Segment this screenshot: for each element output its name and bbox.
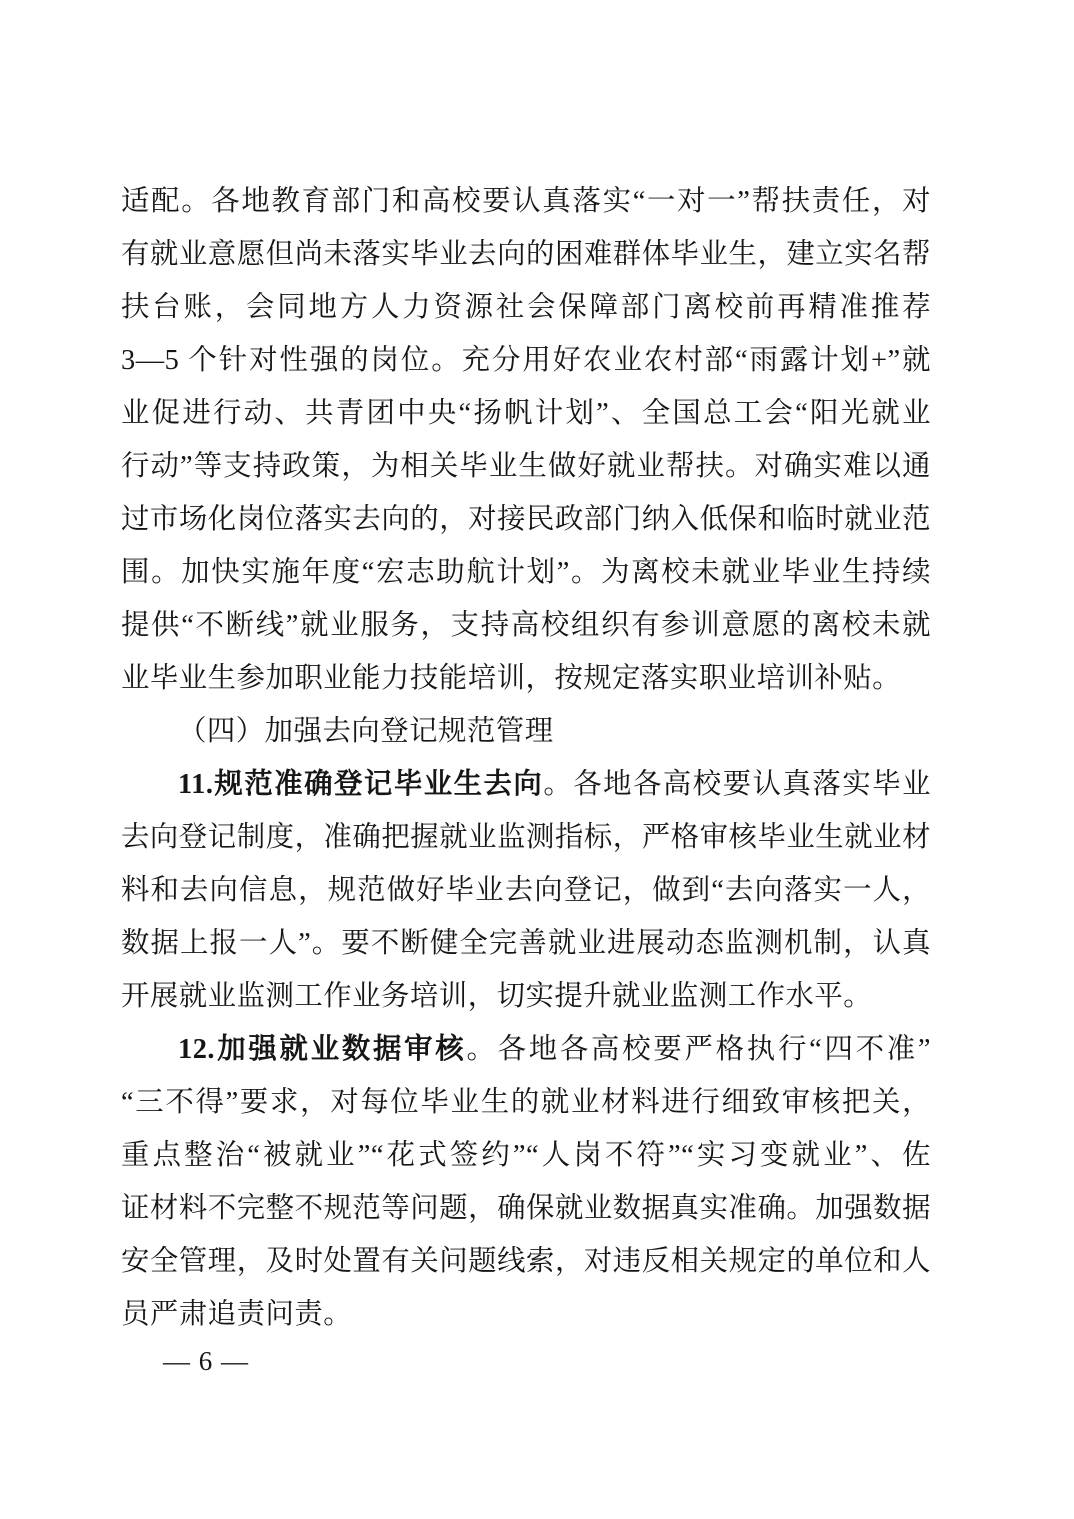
item-12-text: 员严肃追责问责。 — [121, 1299, 352, 1330]
section-heading-4-line-1: （四）加强去向登记规范管理 — [121, 705, 931, 758]
item-12-line-6: 员严肃追责问责。 — [121, 1288, 931, 1341]
para-continued-employment-assistance-text: 业促进行动、共青团中央“扬帆计划”、全国总工会“阳光就业 — [121, 398, 931, 429]
para-continued-employment-assistance-line-7: 过市场化岗位落实去向的，对接民政部门纳入低保和临时就业范 — [121, 493, 931, 546]
para-continued-employment-assistance-line-8: 围。加快实施年度“宏志助航计划”。为离校未就业毕业生持续 — [121, 546, 931, 599]
item-11-line-4: 数据上报一人”。要不断健全完善就业进展动态监测机制，认真 — [121, 917, 931, 970]
item-12-line-1: 12.加强就业数据审核。各地各高校要严格执行“四不准” — [121, 1023, 931, 1076]
para-continued-employment-assistance-line-9: 提供“不断线”就业服务，支持高校组织有参训意愿的离校未就 — [121, 599, 931, 652]
item-12-line-4: 证材料不完整不规范等问题，确保就业数据真实准确。加强数据 — [121, 1182, 931, 1235]
para-continued-employment-assistance-text: 3—5 个针对性强的岗位。充分用好农业农村部“雨露计划+”就 — [121, 345, 931, 376]
item-12-text: 安全管理，及时处置有关问题线索，对违反相关规定的单位和人 — [121, 1246, 931, 1277]
document-body: 适配。各地教育部门和高校要认真落实“一对一”帮扶责任，对有就业意愿但尚未落实毕业… — [121, 175, 931, 1341]
item-11-text: 数据上报一人”。要不断健全完善就业进展动态监测机制，认真 — [121, 928, 931, 959]
para-continued-employment-assistance-text: 业毕业生参加职业能力技能培训，按规定落实职业培训补贴。 — [121, 663, 901, 694]
para-continued-employment-assistance-text: 有就业意愿但尚未落实毕业去向的困难群体毕业生，建立实名帮 — [121, 239, 931, 270]
item-12-text: “三不得”要求，对每位毕业生的就业材料进行细致审核把关， — [121, 1087, 931, 1118]
page-number: — 6 — — [163, 1344, 249, 1378]
item-11-line-5: 开展就业监测工作业务培训，切实提升就业监测工作水平。 — [121, 970, 931, 1023]
para-continued-employment-assistance-line-1: 适配。各地教育部门和高校要认真落实“一对一”帮扶责任，对 — [121, 175, 931, 228]
para-continued-employment-assistance-text: 扶台账，会同地方人力资源社会保障部门离校前再精准推荐 — [121, 292, 931, 323]
para-continued-employment-assistance-line-3: 扶台账，会同地方人力资源社会保障部门离校前再精准推荐 — [121, 281, 931, 334]
para-continued-employment-assistance-text: 过市场化岗位落实去向的，对接民政部门纳入低保和临时就业范 — [121, 504, 931, 535]
item-11-line-1: 11.规范准确登记毕业生去向。各地各高校要认真落实毕业 — [121, 758, 931, 811]
para-continued-employment-assistance-line-10: 业毕业生参加职业能力技能培训，按规定落实职业培训补贴。 — [121, 652, 931, 705]
para-continued-employment-assistance-text: 围。加快实施年度“宏志助航计划”。为离校未就业毕业生持续 — [121, 557, 931, 588]
item-11-text: 料和去向信息，规范做好毕业去向登记，做到“去向落实一人， — [121, 875, 931, 906]
item-12-line-5: 安全管理，及时处置有关问题线索，对违反相关规定的单位和人 — [121, 1235, 931, 1288]
item-12-bold-lead: 12.加强就业数据审核 — [178, 1034, 466, 1065]
item-12-line-2: “三不得”要求，对每位毕业生的就业材料进行细致审核把关， — [121, 1076, 931, 1129]
para-continued-employment-assistance-line-6: 行动”等支持政策，为相关毕业生做好就业帮扶。对确实难以通 — [121, 440, 931, 493]
item-11-text: 。各地各高校要认真落实毕业 — [543, 769, 931, 800]
document-page: 适配。各地教育部门和高校要认真落实“一对一”帮扶责任，对有就业意愿但尚未落实毕业… — [0, 0, 1074, 1519]
item-11-line-2: 去向登记制度，准确把握就业监测指标，严格审核毕业生就业材 — [121, 811, 931, 864]
item-11-text: 开展就业监测工作业务培训，切实提升就业监测工作水平。 — [121, 981, 872, 1012]
item-12-text: 。各地各高校要严格执行“四不准” — [466, 1034, 931, 1065]
para-continued-employment-assistance-text: 适配。各地教育部门和高校要认真落实“一对一”帮扶责任，对 — [121, 186, 931, 217]
item-12-line-3: 重点整治“被就业”“花式签约”“人岗不符”“实习变就业”、佐 — [121, 1129, 931, 1182]
item-11-line-3: 料和去向信息，规范做好毕业去向登记，做到“去向落实一人， — [121, 864, 931, 917]
para-continued-employment-assistance-line-4: 3—5 个针对性强的岗位。充分用好农业农村部“雨露计划+”就 — [121, 334, 931, 387]
item-12-text: 证材料不完整不规范等问题，确保就业数据真实准确。加强数据 — [121, 1193, 931, 1224]
para-continued-employment-assistance-text: 行动”等支持政策，为相关毕业生做好就业帮扶。对确实难以通 — [121, 451, 931, 482]
para-continued-employment-assistance-text: 提供“不断线”就业服务，支持高校组织有参训意愿的离校未就 — [121, 610, 931, 641]
item-11-text: 去向登记制度，准确把握就业监测指标，严格审核毕业生就业材 — [121, 822, 931, 853]
para-continued-employment-assistance-line-2: 有就业意愿但尚未落实毕业去向的困难群体毕业生，建立实名帮 — [121, 228, 931, 281]
item-11-bold-lead: 11.规范准确登记毕业生去向 — [178, 769, 543, 800]
item-12-text: 重点整治“被就业”“花式签约”“人岗不符”“实习变就业”、佐 — [121, 1140, 931, 1171]
para-continued-employment-assistance-line-5: 业促进行动、共青团中央“扬帆计划”、全国总工会“阳光就业 — [121, 387, 931, 440]
section-heading-4-text: （四）加强去向登记规范管理 — [178, 716, 554, 747]
